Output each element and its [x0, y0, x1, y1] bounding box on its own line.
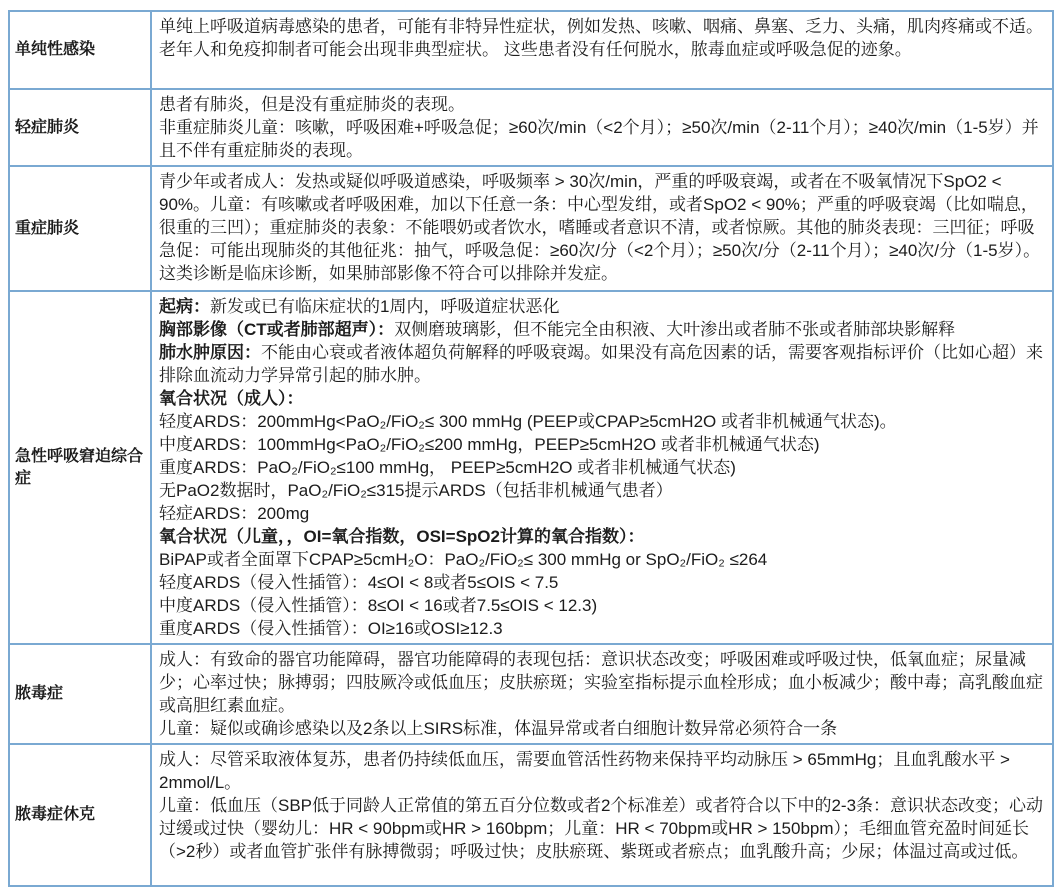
table-row: 单纯性感染单纯上呼吸道病毒感染的患者，可能有非特异性症状，例如发热、咳嗽、咽痛、…: [10, 12, 1052, 88]
content-paragraph: 青少年或者成人：发热或疑似呼吸道感染，呼吸频率 > 30次/min，严重的呼吸衰…: [159, 170, 1046, 285]
row-label: 急性呼吸窘迫综合症: [10, 292, 152, 643]
classification-table: 单纯性感染单纯上呼吸道病毒感染的患者，可能有非特异性症状，例如发热、咳嗽、咽痛、…: [8, 10, 1054, 887]
content-paragraph: 起病：新发或已有临床症状的1周内，呼吸道症状恶化: [159, 295, 1046, 318]
content-paragraph: 肺水肿原因：不能由心衰或者液体超负荷解释的呼吸衰竭。如果没有高危因素的话，需要客…: [159, 341, 1046, 387]
content-paragraph: 患者有肺炎，但是没有重症肺炎的表现。: [159, 93, 1046, 116]
row-content: 青少年或者成人：发热或疑似呼吸道感染，呼吸频率 > 30次/min，严重的呼吸衰…: [152, 167, 1052, 290]
content-paragraph: 轻度ARDS（侵入性插管）：4≤OI < 8或者5≤OIS < 7.5: [159, 571, 1046, 594]
table-row: 轻症肺炎患者有肺炎，但是没有重症肺炎的表现。非重症肺炎儿童：咳嗽，呼吸困难+呼吸…: [10, 88, 1052, 165]
content-paragraph: 重度ARDS（侵入性插管）：OI≥16或OSI≥12.3: [159, 617, 1046, 640]
content-paragraph: 成人：尽管采取液体复苏，患者仍持续低血压，需要血管活性药物来保持平均动脉压 > …: [159, 748, 1046, 794]
row-label: 重症肺炎: [10, 167, 152, 290]
content-paragraph: 成人：有致命的器官功能障碍，器官功能障碍的表现包括：意识状态改变；呼吸困难或呼吸…: [159, 648, 1046, 717]
row-label: 轻症肺炎: [10, 90, 152, 165]
content-paragraph: 儿童：疑似或确诊感染以及2条以上SIRS标准，体温异常或者白细胞计数异常必须符合…: [159, 717, 1046, 740]
row-content: 单纯上呼吸道病毒感染的患者，可能有非特异性症状，例如发热、咳嗽、咽痛、鼻塞、乏力…: [152, 12, 1052, 88]
content-paragraph: 中度ARDS（侵入性插管）：8≤OI < 16或者7.5≤OIS < 12.3): [159, 594, 1046, 617]
content-paragraph: 轻度ARDS：200mmHg<PaO₂/FiO₂≤ 300 mmHg (PEEP…: [159, 410, 1046, 433]
row-content: 起病：新发或已有临床症状的1周内，呼吸道症状恶化胸部影像（CT或者肺部超声）：双…: [152, 292, 1052, 643]
content-paragraph: 重度ARDS：PaO₂/FiO₂≤100 mmHg， PEEP≥5cmH2O 或…: [159, 456, 1046, 479]
table-row: 脓毒症成人：有致命的器官功能障碍，器官功能障碍的表现包括：意识状态改变；呼吸困难…: [10, 643, 1052, 743]
content-paragraph: 轻症ARDS：200mg: [159, 502, 1046, 525]
row-label: 脓毒症休克: [10, 745, 152, 885]
content-paragraph: BiPAP或者全面罩下CPAP≥5cmH₂O：PaO₂/FiO₂≤ 300 mm…: [159, 548, 1046, 571]
content-paragraph: 非重症肺炎儿童：咳嗽，呼吸困难+呼吸急促；≥60次/min（<2个月）；≥50次…: [159, 116, 1046, 162]
content-paragraph: 单纯上呼吸道病毒感染的患者，可能有非特异性症状，例如发热、咳嗽、咽痛、鼻塞、乏力…: [159, 15, 1046, 61]
table-row: 急性呼吸窘迫综合症起病：新发或已有临床症状的1周内，呼吸道症状恶化胸部影像（CT…: [10, 290, 1052, 643]
row-content: 成人：有致命的器官功能障碍，器官功能障碍的表现包括：意识状态改变；呼吸困难或呼吸…: [152, 645, 1052, 743]
row-content: 患者有肺炎，但是没有重症肺炎的表现。非重症肺炎儿童：咳嗽，呼吸困难+呼吸急促；≥…: [152, 90, 1052, 165]
content-paragraph: 氧合状况（儿童，，OI=氧合指数，OSI=SpO2计算的氧合指数）：: [159, 525, 1046, 548]
table-row: 重症肺炎青少年或者成人：发热或疑似呼吸道感染，呼吸频率 > 30次/min，严重…: [10, 165, 1052, 290]
content-paragraph: 无PaO2数据时，PaO₂/FiO₂≤315提示ARDS（包括非机械通气患者）: [159, 479, 1046, 502]
table-row: 脓毒症休克成人：尽管采取液体复苏，患者仍持续低血压，需要血管活性药物来保持平均动…: [10, 743, 1052, 885]
content-paragraph: 儿童：低血压（SBP低于同龄人正常值的第五百分位数或者2个标准差）或者符合以下中…: [159, 794, 1046, 863]
content-paragraph: 氧合状况（成人）：: [159, 387, 1046, 410]
row-label: 单纯性感染: [10, 12, 152, 88]
content-paragraph: 中度ARDS：100mmHg<PaO₂/FiO₂≤200 mmHg，PEEP≥5…: [159, 433, 1046, 456]
row-label: 脓毒症: [10, 645, 152, 743]
content-paragraph: 胸部影像（CT或者肺部超声）：双侧磨玻璃影，但不能完全由积液、大叶渗出或者肺不张…: [159, 318, 1046, 341]
row-content: 成人：尽管采取液体复苏，患者仍持续低血压，需要血管活性药物来保持平均动脉压 > …: [152, 745, 1052, 885]
